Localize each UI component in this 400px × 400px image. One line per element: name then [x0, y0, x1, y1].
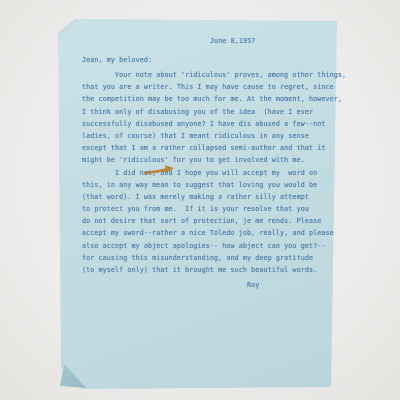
letter-line: this, in any way mean to suggest that lo…: [82, 179, 346, 191]
letter-line: might be 'ridiculous' for you to get inv…: [82, 154, 346, 166]
letter-line: successfully disabused anyone? I have di…: [82, 118, 346, 130]
letter-line: to protect you from me. If it is your re…: [82, 203, 346, 215]
letter-line: (to myself only) that it brought me such…: [82, 264, 346, 276]
letter-line: I did not, and I hope you will accept my…: [82, 167, 346, 179]
letter-line: except that I am a rather collapsed semi…: [82, 142, 346, 154]
letter-date: June 8,1957: [210, 37, 255, 45]
letter-line: I think only of disabusing you of the id…: [82, 106, 346, 118]
letter-line: ladies, of course) that I meant ridiculo…: [82, 130, 346, 142]
letter-line: that you are a writer. This I may have c…: [82, 81, 346, 93]
letter-line: also accept my abject apologies-- how ab…: [82, 240, 346, 252]
letter-line: Your note about 'ridiculous' proves, amo…: [82, 69, 346, 81]
letter-line: the competition may be too much for me. …: [82, 93, 346, 105]
letter-body: Your note about 'ridiculous' proves, amo…: [82, 69, 346, 276]
letter-line: for causing this misunderstanding, and m…: [82, 252, 346, 264]
top-left-corner-cut: [55, 16, 85, 42]
letter-line: accept my sword--rather a nice Toledo jo…: [82, 227, 346, 239]
letter-salutation: Jean, my beloved:: [82, 56, 152, 64]
letter-signature: Ray: [247, 281, 259, 289]
letter-line: (that word). I was merely making a rathe…: [82, 191, 346, 203]
letter-line: do not desire that sort of protection, j…: [82, 215, 346, 227]
photo-background: { "letter": { "date": "June 8,1957", "sa…: [0, 0, 400, 400]
